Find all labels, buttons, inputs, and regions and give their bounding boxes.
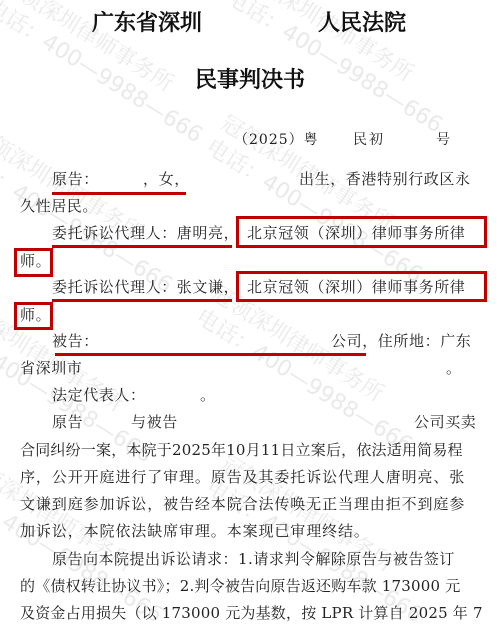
- defendant-company: 公司，住所地：广东: [331, 331, 471, 351]
- case-number-year: （2025）粤: [234, 129, 319, 149]
- paragraph-line: 文谦到庭参加诉讼，被告经本院合法传唤无正当理由拒不到庭参: [20, 494, 465, 514]
- court-name-left: 广东省深圳: [92, 6, 202, 37]
- document-title: 民事判决书: [0, 63, 500, 94]
- defendant-underline: [55, 353, 366, 356]
- intro-company: 公司买卖: [414, 412, 476, 432]
- agent1-firm: 北京冠领（深圳）律师事务所律: [247, 223, 465, 243]
- defendant-address: 省深圳市: [20, 358, 82, 378]
- paragraph-line: 合同纠纷一案，本院于2025年10月11日立案后，依法适用简易程: [20, 440, 463, 460]
- agent2-firm-cont: 师。: [20, 305, 51, 325]
- case-number-suffix: 号: [436, 129, 450, 149]
- court-title: 广东省深圳 人民法院: [0, 6, 500, 34]
- court-name-right: 人民法院: [318, 6, 406, 37]
- defendant-address-end: 。: [446, 358, 462, 378]
- paragraph-line: 原告向本院提出诉讼请求：1.请求判令解除原告与被告签订: [52, 549, 455, 569]
- defendant-label: 被告：: [52, 331, 99, 351]
- legal-rep-label: 法定代表人：: [52, 385, 146, 405]
- paragraph-line: 序，公开开庭进行了审理。原告及其委托诉讼代理人唐明亮、张: [20, 467, 465, 487]
- plaintiff-underline: [52, 192, 186, 195]
- plaintiff-gender: ，女，: [143, 169, 190, 189]
- agent1-firm-cont: 师。: [20, 251, 51, 271]
- agent2-underline: [52, 299, 232, 302]
- agent2-firm: 北京冠领（深圳）律师事务所律: [247, 277, 465, 297]
- paragraph-line: 及资金占用损失（以 173000 元为基数，按 LPR 计算自 2025 年 7: [20, 603, 483, 623]
- case-number-type: 民初: [353, 129, 385, 149]
- plaintiff-label: 原告：: [52, 169, 99, 189]
- agent1-underline: [52, 245, 232, 248]
- paragraph-line: 加诉讼，本院依法缺席审理。本案现已审理终结。: [20, 521, 370, 541]
- agent2-label: 委托诉讼代理人：张文谦，: [52, 277, 239, 297]
- plaintiff-birth: 出生，香港特别行政区永: [299, 169, 471, 189]
- agent1-label: 委托诉讼代理人：唐明亮，: [52, 223, 239, 243]
- legal-rep-end: 。: [200, 385, 216, 405]
- plaintiff-birth-cont: 久性居民。: [20, 196, 98, 216]
- intro-defendant: 与被告: [131, 412, 178, 432]
- paragraph-line: 的《债权转让协议书》；2.判令被告向原告返还购车款 173000 元: [20, 576, 460, 596]
- intro-plaintiff: 原告: [52, 412, 83, 432]
- judgment-document: 广东省深圳 人民法院 民事判决书 （2025）粤 民初 号 原告： ，女， 出生…: [0, 0, 500, 628]
